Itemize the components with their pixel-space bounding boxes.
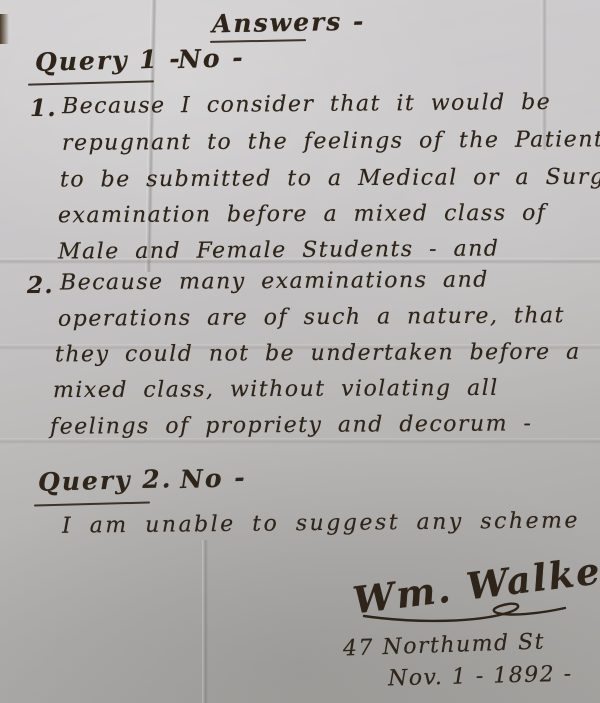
point1-line-5: Male and Female Students - and (58, 236, 500, 264)
query2-answer: No - (180, 463, 248, 494)
query1-underline (28, 80, 154, 85)
point2-line-5: feelings of propriety and decorum - (50, 411, 533, 439)
fold-crease-vertical-bottom (202, 540, 208, 703)
date-line: Nov. 1 - 1892 - (388, 662, 573, 692)
point1-line-3: to be submitted to a Medical or a Surgic… (60, 164, 600, 192)
title-underline (210, 39, 306, 43)
query1-answer: No - (178, 43, 246, 74)
point2-line-1: Because many examinations and (60, 268, 489, 296)
letter-title: Answers - (212, 7, 366, 39)
query1-heading: Query 1 - (35, 44, 182, 77)
point1-line-4: examination before a mixed class of (58, 201, 547, 229)
query2-heading: Query 2. (38, 464, 173, 497)
point1-line-1: Because I consider that it would be (62, 90, 551, 119)
query2-statement: I am unable to suggest any scheme (62, 508, 580, 538)
point2-line-4: mixed class, without violating all (53, 376, 499, 403)
address-line: 47 Northumd St (343, 629, 546, 661)
photographed-letter: Answers - Query 1 - No - 1. Because I co… (0, 0, 600, 703)
query2-underline (34, 501, 150, 506)
point2-line-3: they could not be undertaken before a (55, 340, 581, 368)
point1-number: 1. (30, 95, 57, 122)
point2-line-2: operations are of such a nature, that (58, 303, 565, 332)
point2-number: 2. (27, 272, 54, 299)
signature-flourish (360, 598, 570, 624)
paper-edge-shadow (0, 14, 9, 44)
point1-line-2: repugnant to the feelings of the Patient… (62, 127, 600, 156)
